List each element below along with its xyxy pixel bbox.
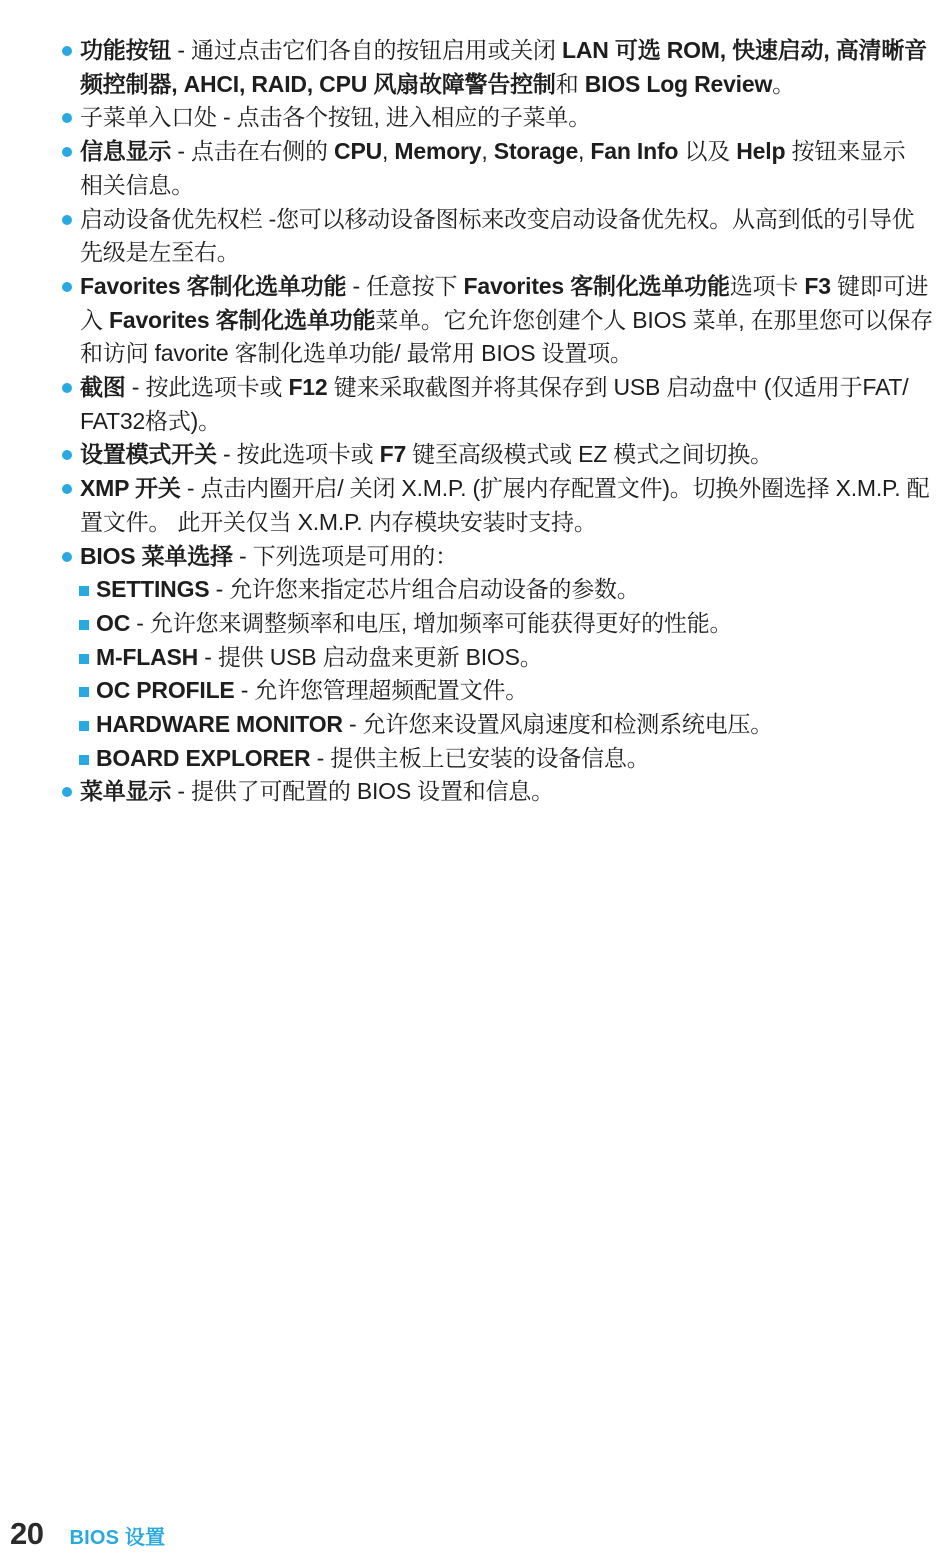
text-segment: 信息显示	[80, 138, 171, 164]
sub-list-item: M-FLASH - 提供 USB 启动盘来更新 BIOS。	[0, 641, 950, 675]
sub-list-item: OC PROFILE - 允许您管理超频配置文件。	[0, 674, 950, 708]
text-segment: 选项卡	[730, 273, 805, 299]
sub-list-item: BOARD EXPLORER - 提供主板上已安装的设备信息。	[0, 742, 950, 776]
text-line: HARDWARE MONITOR - 允许您来设置风扇速度和检测系统电压。	[96, 708, 950, 742]
text-segment: 子菜单入口处 - 点击各个按钮, 进入相应的子菜单。	[80, 104, 591, 130]
sub-list-item: SETTINGS - 允许您来指定芯片组合启动设备的参数。	[0, 573, 950, 607]
text-segment: Storage	[494, 138, 578, 164]
text-segment: - 提供 USB 启动盘来更新 BIOS。	[198, 644, 542, 670]
text-segment: - 下列选项是可用的：	[233, 543, 458, 569]
list-item-text: 子菜单入口处 - 点击各个按钮, 进入相应的子菜单。	[80, 101, 950, 135]
bullet-disc-icon	[62, 383, 72, 393]
text-segment: FAT32格式)。	[80, 408, 221, 434]
text-segment: - 按此选项卡或	[217, 441, 380, 467]
text-line: 相关信息。	[80, 169, 950, 203]
text-segment: ,	[481, 138, 493, 164]
text-line: BIOS 菜单选择 - 下列选项是可用的：	[80, 540, 950, 574]
text-segment: 菜单。它允许您创建个人 BIOS 菜单, 在那里您可以保存	[375, 307, 933, 333]
text-segment: OC PROFILE	[96, 677, 235, 703]
text-segment: 菜单显示	[80, 778, 171, 804]
text-segment: - 点击在右侧的	[171, 138, 334, 164]
text-line: Favorites 客制化选单功能 - 任意按下 Favorites 客制化选单…	[80, 270, 950, 304]
bullet-square-icon	[79, 687, 89, 697]
list-item: Favorites 客制化选单功能 - 任意按下 Favorites 客制化选单…	[0, 270, 950, 371]
bullet-disc-icon	[62, 113, 72, 123]
list-item: 截图 - 按此选项卡或 F12 键来采取截图并将其保存到 USB 启动盘中 (仅…	[0, 371, 950, 438]
bullet-list: 功能按钮 - 通过点击它们各自的按钮启用或关闭 LAN 可选 ROM, 快速启动…	[0, 34, 950, 809]
text-segment: 入	[80, 307, 109, 333]
bullet-square-icon	[79, 620, 89, 630]
bullet-square-icon	[79, 755, 89, 765]
text-segment: 键至高级模式或 EZ 模式之间切换。	[406, 441, 773, 467]
text-segment: 启动设备优先权栏 -您可以移动设备图标来改变启动设备优先权。从高到低的引导优	[80, 206, 914, 232]
text-line: 功能按钮 - 通过点击它们各自的按钮启用或关闭 LAN 可选 ROM, 快速启动…	[80, 34, 950, 68]
list-item-text: M-FLASH - 提供 USB 启动盘来更新 BIOS。	[96, 641, 950, 675]
list-item-text: 功能按钮 - 通过点击它们各自的按钮启用或关闭 LAN 可选 ROM, 快速启动…	[80, 34, 950, 101]
text-line: 信息显示 - 点击在右侧的 CPU, Memory, Storage, Fan …	[80, 135, 950, 169]
text-segment: 频控制器, AHCI, RAID, CPU 风扇故障警告控制	[80, 71, 556, 97]
list-item-text: 菜单显示 - 提供了可配置的 BIOS 设置和信息。	[80, 775, 950, 809]
list-item-text: HARDWARE MONITOR - 允许您来设置风扇速度和检测系统电压。	[96, 708, 950, 742]
list-item: XMP 开关 - 点击内圈开启/ 关闭 X.M.P. (扩展内存配置文件)。切换…	[0, 472, 950, 539]
bullet-disc-icon	[62, 215, 72, 225]
text-segment: LAN 可选 ROM, 快速启动, 高清晰音	[562, 37, 927, 63]
text-line: XMP 开关 - 点击内圈开启/ 关闭 X.M.P. (扩展内存配置文件)。切换…	[80, 472, 950, 506]
text-segment: 和	[556, 71, 585, 97]
text-segment: F12	[288, 374, 327, 400]
list-item-text: OC - 允许您来调整频率和电压, 增加频率可能获得更好的性能。	[96, 607, 950, 641]
list-item: 信息显示 - 点击在右侧的 CPU, Memory, Storage, Fan …	[0, 135, 950, 202]
footer-section-title: BIOS 设置	[69, 1521, 165, 1550]
text-segment: - 通过点击它们各自的按钮启用或关闭	[171, 37, 562, 63]
text-line: 设置模式开关 - 按此选项卡或 F7 键至高级模式或 EZ 模式之间切换。	[80, 438, 950, 472]
bullet-disc-icon	[62, 450, 72, 460]
bullet-square-icon	[79, 586, 89, 596]
text-segment: - 任意按下	[346, 273, 463, 299]
list-item: 菜单显示 - 提供了可配置的 BIOS 设置和信息。	[0, 775, 950, 809]
text-segment: 键来采取截图并将其保存到 USB 启动盘中 (仅适用于FAT/	[328, 374, 909, 400]
list-item-text: XMP 开关 - 点击内圈开启/ 关闭 X.M.P. (扩展内存配置文件)。切换…	[80, 472, 950, 539]
text-line: 先级是左至右。	[80, 236, 950, 270]
text-segment: Help	[736, 138, 785, 164]
list-item: 启动设备优先权栏 -您可以移动设备图标来改变启动设备优先权。从高到低的引导优先级…	[0, 203, 950, 270]
text-segment: BIOS 菜单选择	[80, 543, 233, 569]
list-item-text: Favorites 客制化选单功能 - 任意按下 Favorites 客制化选单…	[80, 270, 950, 371]
list-item: 子菜单入口处 - 点击各个按钮, 进入相应的子菜单。	[0, 101, 950, 135]
list-item-text: 信息显示 - 点击在右侧的 CPU, Memory, Storage, Fan …	[80, 135, 950, 202]
text-segment: BIOS Log Review	[585, 71, 772, 97]
bullet-disc-icon	[62, 147, 72, 157]
manual-page: 功能按钮 - 通过点击它们各自的按钮启用或关闭 LAN 可选 ROM, 快速启动…	[0, 0, 950, 1562]
text-segment: XMP 开关	[80, 475, 181, 501]
text-line: 启动设备优先权栏 -您可以移动设备图标来改变启动设备优先权。从高到低的引导优	[80, 203, 950, 237]
text-segment: 先级是左至右。	[80, 239, 240, 265]
list-item-text: 截图 - 按此选项卡或 F12 键来采取截图并将其保存到 USB 启动盘中 (仅…	[80, 371, 950, 438]
text-line: M-FLASH - 提供 USB 启动盘来更新 BIOS。	[96, 641, 950, 675]
text-segment: OC	[96, 610, 130, 636]
text-segment: Favorites 客制化选单功能	[80, 273, 346, 299]
text-segment: BOARD EXPLORER	[96, 745, 310, 771]
text-line: 截图 - 按此选项卡或 F12 键来采取截图并将其保存到 USB 启动盘中 (仅…	[80, 371, 950, 405]
text-segment: 键即可进	[831, 273, 928, 299]
list-item-text: OC PROFILE - 允许您管理超频配置文件。	[96, 674, 950, 708]
text-segment: 按钮来显示	[785, 138, 905, 164]
text-line: SETTINGS - 允许您来指定芯片组合启动设备的参数。	[96, 573, 950, 607]
text-line: OC PROFILE - 允许您管理超频配置文件。	[96, 674, 950, 708]
text-segment: F3	[804, 273, 830, 299]
text-line: 和访问 favorite 客制化选单功能/ 最常用 BIOS 设置项。	[80, 337, 950, 371]
text-segment: ,	[382, 138, 394, 164]
list-item-text: BIOS 菜单选择 - 下列选项是可用的：	[80, 540, 950, 574]
text-segment: HARDWARE MONITOR	[96, 711, 343, 737]
list-item: 设置模式开关 - 按此选项卡或 F7 键至高级模式或 EZ 模式之间切换。	[0, 438, 950, 472]
list-item-text: SETTINGS - 允许您来指定芯片组合启动设备的参数。	[96, 573, 950, 607]
text-segment: - 允许您管理超频配置文件。	[235, 677, 528, 703]
bullet-disc-icon	[62, 46, 72, 56]
text-segment: 置文件。 此开关仅当 X.M.P. 内存模块安装时支持。	[80, 509, 597, 535]
sub-list-item: HARDWARE MONITOR - 允许您来设置风扇速度和检测系统电压。	[0, 708, 950, 742]
list-item-text: BOARD EXPLORER - 提供主板上已安装的设备信息。	[96, 742, 950, 776]
text-segment: 相关信息。	[80, 172, 194, 198]
text-line: 菜单显示 - 提供了可配置的 BIOS 设置和信息。	[80, 775, 950, 809]
bullet-square-icon	[79, 721, 89, 731]
text-segment: - 提供了可配置的 BIOS 设置和信息。	[171, 778, 554, 804]
text-segment: - 提供主板上已安装的设备信息。	[310, 745, 649, 771]
text-line: 子菜单入口处 - 点击各个按钮, 进入相应的子菜单。	[80, 101, 950, 135]
text-segment: - 允许您来调整频率和电压, 增加频率可能获得更好的性能。	[130, 610, 732, 636]
text-line: 频控制器, AHCI, RAID, CPU 风扇故障警告控制和 BIOS Log…	[80, 68, 950, 102]
list-item-text: 设置模式开关 - 按此选项卡或 F7 键至高级模式或 EZ 模式之间切换。	[80, 438, 950, 472]
text-segment: 截图	[80, 374, 126, 400]
text-segment: 。	[772, 71, 795, 97]
text-segment: Favorites 客制化选单功能	[464, 273, 730, 299]
bullet-disc-icon	[62, 552, 72, 562]
text-segment: - 允许您来设置风扇速度和检测系统电压。	[343, 711, 773, 737]
list-item: 功能按钮 - 通过点击它们各自的按钮启用或关闭 LAN 可选 ROM, 快速启动…	[0, 34, 950, 101]
text-line: 置文件。 此开关仅当 X.M.P. 内存模块安装时支持。	[80, 506, 950, 540]
sub-list-item: OC - 允许您来调整频率和电压, 增加频率可能获得更好的性能。	[0, 607, 950, 641]
text-segment: Fan Info	[590, 138, 678, 164]
text-segment: Favorites 客制化选单功能	[109, 307, 375, 333]
text-segment: - 按此选项卡或	[126, 374, 289, 400]
bullet-disc-icon	[62, 484, 72, 494]
bullet-square-icon	[79, 654, 89, 664]
text-segment: SETTINGS	[96, 576, 209, 602]
text-segment: M-FLASH	[96, 644, 198, 670]
text-line: OC - 允许您来调整频率和电压, 增加频率可能获得更好的性能。	[96, 607, 950, 641]
text-line: BOARD EXPLORER - 提供主板上已安装的设备信息。	[96, 742, 950, 776]
text-segment: 设置模式开关	[80, 441, 217, 467]
page-footer: 20 BIOS 设置	[10, 1516, 165, 1552]
text-segment: Memory	[394, 138, 481, 164]
bullet-disc-icon	[62, 787, 72, 797]
text-segment: 功能按钮	[80, 37, 171, 63]
page-number: 20	[10, 1516, 43, 1552]
list-item: BIOS 菜单选择 - 下列选项是可用的：	[0, 540, 950, 574]
text-segment: F7	[380, 441, 406, 467]
text-line: 入 Favorites 客制化选单功能菜单。它允许您创建个人 BIOS 菜单, …	[80, 304, 950, 338]
list-item-text: 启动设备优先权栏 -您可以移动设备图标来改变启动设备优先权。从高到低的引导优先级…	[80, 203, 950, 270]
text-segment: - 允许您来指定芯片组合启动设备的参数。	[209, 576, 639, 602]
text-segment: 以及	[678, 138, 736, 164]
text-segment: - 点击内圈开启/ 关闭 X.M.P. (扩展内存配置文件)。切换外圈选择 X.…	[181, 475, 930, 501]
bullet-disc-icon	[62, 282, 72, 292]
text-segment: CPU	[334, 138, 382, 164]
text-segment: 和访问 favorite 客制化选单功能/ 最常用 BIOS 设置项。	[80, 340, 633, 366]
text-segment: ,	[578, 138, 590, 164]
text-line: FAT32格式)。	[80, 405, 950, 439]
